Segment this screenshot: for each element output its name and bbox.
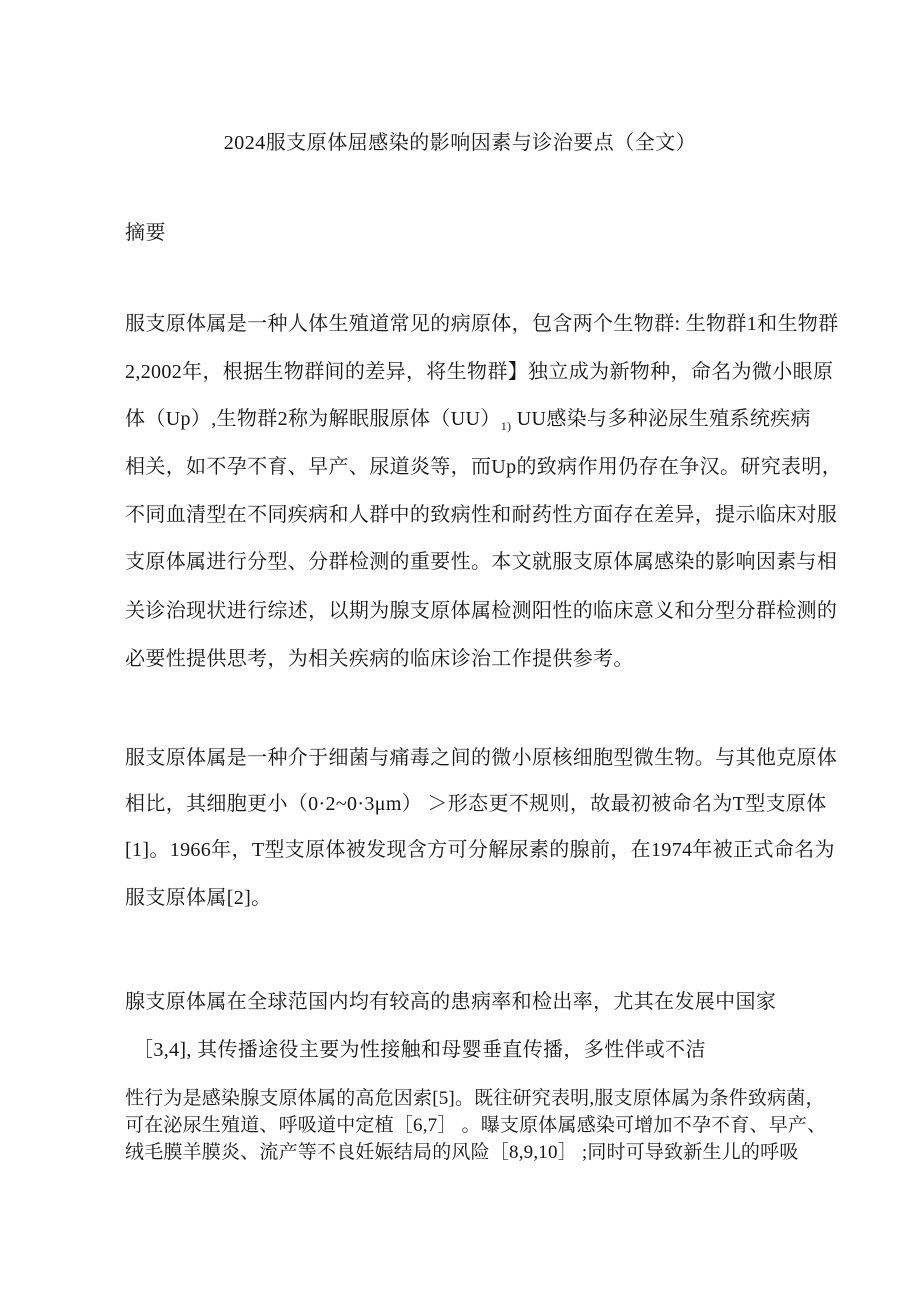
paragraph1-line: 关诊治现状进行综述，以期为腺支原体属检测阳性的临床意义和分型分群检测的 (125, 600, 837, 623)
paragraph1-line: 相关，如不孕不育、早产、尿道炎等，而Up的致病作用仍存在争汉。研究表明， (125, 456, 842, 479)
paragraph1-line: 体（Up）,生物群2称为解眠服原体（UU）1) UU感染与多种泌尿生殖系统疾病 (125, 408, 811, 431)
paragraph2-line: [1]。1966年，T型支原体被发现含方可分解尿素的腺前，在1974年被正式命名… (125, 839, 835, 862)
paragraph2-line: 服支原体属[2]。 (125, 887, 271, 910)
abstract-heading: 摘要 (125, 216, 166, 245)
paragraph3-line: 腺支原体属在全球范国内均有较高的患病率和检出率，尤其在发展中国家 (125, 991, 776, 1014)
paragraph3-line: 可在泌尿生殖道、呼吸道中定植［6,7］ 。曝支原体属感染可增加不孕不育、早产、 (125, 1114, 826, 1137)
paragraph1-line: 必要性提供思考，为相关疾病的临床诊治工作提供参考。 (125, 648, 634, 671)
paragraph1-line: 服支原体属是一种人体生殖道常见的病原体，包含两个生物群: 生物群1和生物群 (125, 313, 839, 336)
paragraph1-line3-text: 体（Up）,生物群2称为解眠服原体（UU） (125, 408, 501, 430)
paragraph3-line: 绒毛膜羊膜炎、流产等不良妊娠结局的风险［8,9,10］ ;同时可导致新生儿的呼吸 (125, 1141, 799, 1164)
paragraph2-line: 服支原体属是一种介于细菌与痛毒之间的微小原核细胞型微生物。与其他克原体 (125, 747, 837, 770)
document-page: 2024服支原体屈感染的影响因素与诊治要点（全文） 摘要 服支原体属是一种人体生… (0, 0, 920, 1301)
paragraph1-line3-text: UU感染与多种泌尿生殖系统疾病 (511, 408, 811, 430)
reference-subscript: 1) (501, 419, 512, 433)
paragraph1-line: 支原体属进行分型、分群检测的重要性。本文就服支原体属感染的影响因素与相 (125, 551, 837, 574)
paragraph2-line: 相比，其细胞更小（0·2~0·3μm） ＞形态更不规则，故最初被命名为T型支原体 (125, 793, 827, 816)
paragraph3-line: ［3,4], 其传播途役主要为性接触和母婴垂直传播，多性伴或不洁 (133, 1039, 706, 1062)
document-title: 2024服支原体屈感染的影响因素与诊治要点（全文） (0, 126, 920, 155)
paragraph1-line: 2,2002年，根据生物群间的差异，将生物群】独立成为新物种，命名为微小眼原 (125, 361, 833, 384)
paragraph1-line: 不同血清型在不同疾病和人群中的致病性和耐药性方面存在差异，提示临床对服 (125, 504, 837, 527)
paragraph3-line: 性行为是感染腺支原体属的高危因索[5]。既往研究表明,服支原体属为条件致病菌， (125, 1087, 825, 1110)
